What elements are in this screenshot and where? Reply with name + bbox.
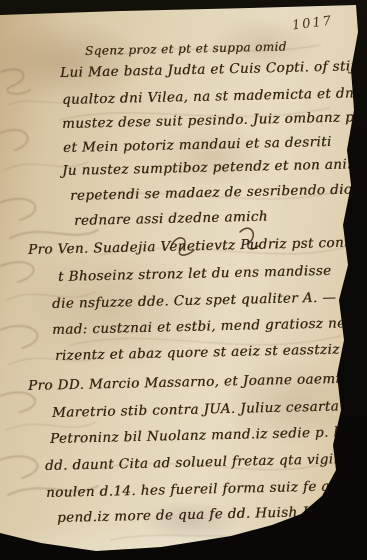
- scan-background: 1017 Sqenz proz et pt et suppa omid Lui …: [0, 0, 367, 560]
- manuscript-page: 1017 Sqenz proz et pt et suppa omid Lui …: [0, 0, 367, 560]
